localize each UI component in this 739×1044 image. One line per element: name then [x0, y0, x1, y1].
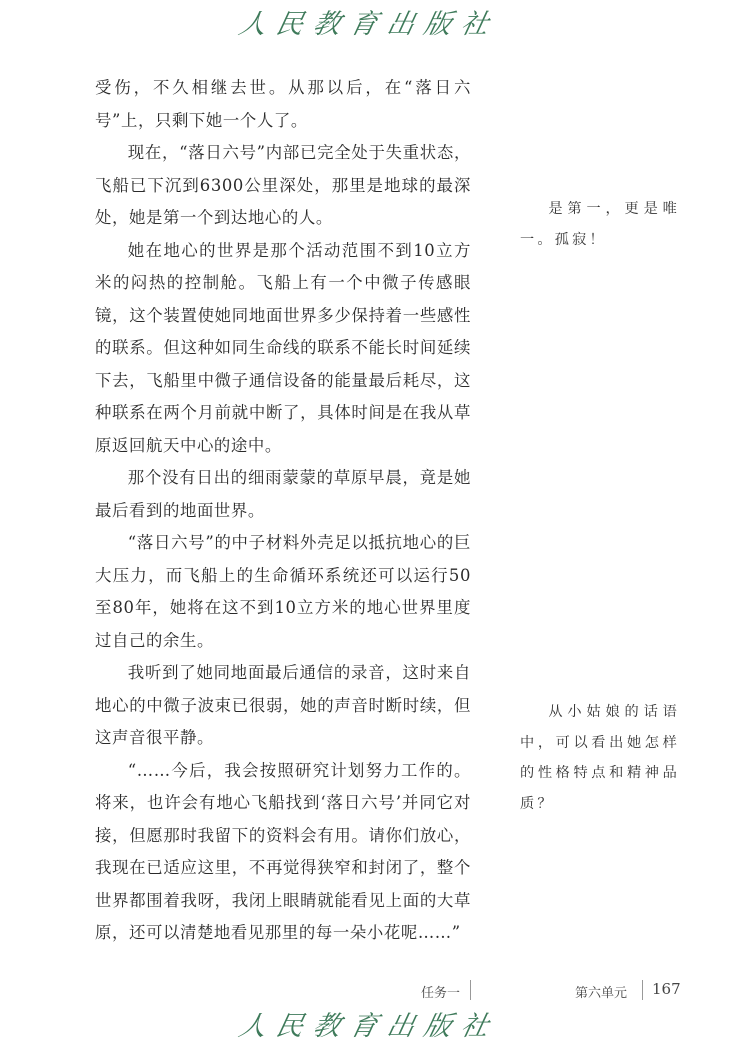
footer-divider [642, 980, 643, 1000]
side-note-text: 从小姑娘的话语中，可以看出她怎样的性格特点和精神品质？ [520, 697, 680, 819]
publisher-logo-bottom: 人民教育出版社 [0, 1004, 739, 1043]
side-note-text: 是第一，更是唯一。孤寂！ [520, 194, 680, 255]
paragraph-5: “落日六号”的中子材料外壳足以抵抗地心的巨大压力，而飞船上的生命循环系统还可以运… [95, 527, 471, 657]
paragraph-7: “……今后，我会按照研究计划努力工作的。将来，也许会有地心飞船找到‘落日六号’并… [95, 755, 471, 950]
side-note-2: 从小姑娘的话语中，可以看出她怎样的性格特点和精神品质？ [520, 697, 680, 819]
side-note-1: 是第一，更是唯一。孤寂！ [520, 194, 680, 255]
paragraph-4: 那个没有日出的细雨蒙蒙的草原早晨，竟是她最后看到的地面世界。 [95, 462, 471, 527]
footer-task-label: 任务一 [421, 982, 460, 1001]
paragraph-3: 她在地心的世界是那个活动范围不到10立方米的闷热的控制舱。飞船上有一个中微子传感… [95, 235, 471, 463]
main-text: 受伤，不久相继去世。从那以后，在“落日六号”上，只剩下她一个人了。 现在，“落日… [95, 72, 471, 950]
paragraph-2: 现在，“落日六号”内部已完全处于失重状态，飞船已下沉到6300公里深处，那里是地… [95, 137, 471, 235]
footer-unit-label: 第六单元 [575, 982, 627, 1001]
paragraph-1: 受伤，不久相继去世。从那以后，在“落日六号”上，只剩下她一个人了。 [95, 72, 471, 137]
publisher-logo-top: 人民教育出版社 [0, 2, 739, 41]
footer-divider [470, 980, 471, 1000]
page-number: 167 [652, 980, 681, 998]
paragraph-6: 我听到了她同地面最后通信的录音，这时来自地心的中微子波束已很弱，她的声音时断时续… [95, 657, 471, 755]
